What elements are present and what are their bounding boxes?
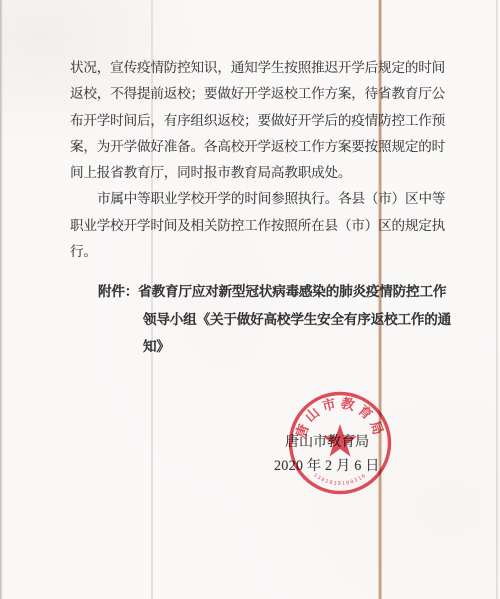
scanned-document-page: 状况，宣传疫情防控知识，通知学生按照推迟开学后规定的时间 返校，不得提前返校；要… — [0, 0, 500, 599]
seal-registration-code: 1302030100316 — [312, 472, 368, 487]
star-icon — [323, 424, 357, 457]
attachment-line: 领导小组《关于做好高校学生安全有序返校工作的通 — [98, 306, 458, 334]
body-line: 返校，不得提前返校；要做好开学返校工作方案，待省教育厅公 — [70, 81, 452, 107]
document-body: 状况，宣传疫情防控知识，通知学生按照推迟开学后规定的时间 返校，不得提前返校；要… — [70, 55, 452, 265]
attachment-block: 附件：省教育厅应对新型冠状病毒感染的肺炎疫情防控工作 领导小组《关于做好高校学生… — [98, 278, 458, 361]
crease-line-right — [496, 0, 498, 599]
scan-edge-shadow — [0, 0, 3, 599]
body-line: 布开学时间后，有序组织返校；要做好开学后的疫情防控工作预 — [70, 108, 452, 134]
attachment-line: 附件：省教育厅应对新型冠状病毒感染的肺炎疫情防控工作 — [98, 278, 458, 306]
official-seal: 唐山市教育局 1302030100316 — [284, 388, 396, 500]
body-line: 间上报省教育厅，同时报市教育局高教职成处。 — [70, 160, 452, 186]
body-line: 行。 — [70, 239, 452, 265]
attachment-line: 知》 — [98, 333, 458, 361]
body-line: 案，为开学做好准备。各高校开学返校工作方案要按照规定的时 — [70, 134, 452, 160]
body-line: 状况，宣传疫情防控知识，通知学生按照推迟开学后规定的时间 — [70, 55, 452, 81]
body-line: 市属中等职业学校开学的时间参照执行。各县（市）区中等 — [70, 186, 452, 212]
body-line: 职业学校开学时间及相关防控工作按照所在县（市）区的规定执 — [70, 213, 452, 239]
